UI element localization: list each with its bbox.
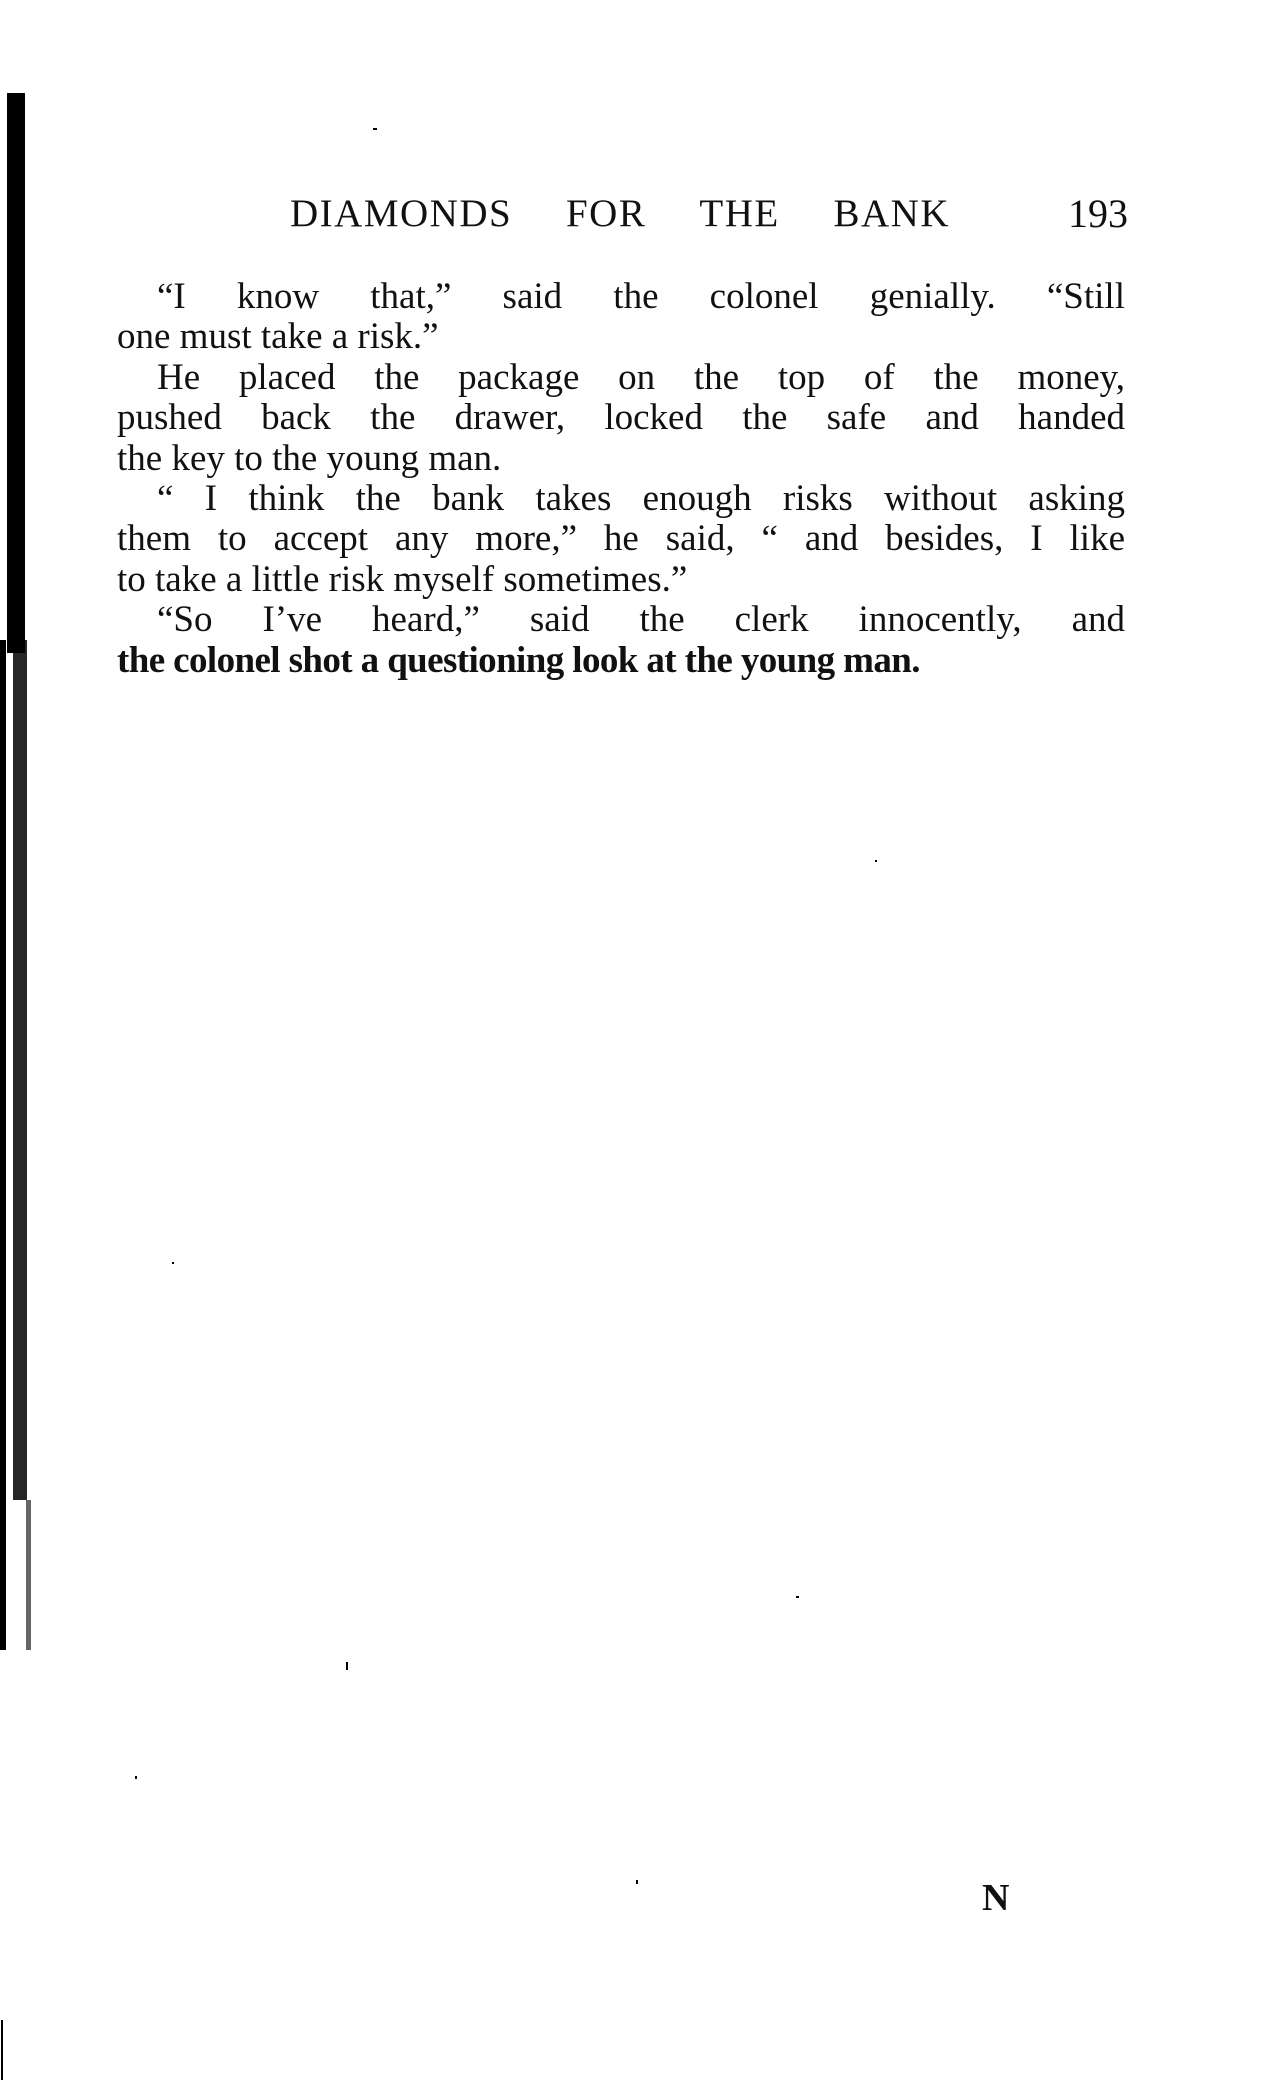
text-line: “ I think the bank takes enough risks wi… bbox=[117, 479, 1125, 519]
scan-edge-bar bbox=[26, 1500, 31, 1650]
scan-edge-bar bbox=[13, 640, 27, 1500]
text-line: to take a little risk myself sometimes.” bbox=[117, 560, 1125, 600]
page-number: 193 bbox=[1058, 190, 1128, 238]
scan-speck bbox=[135, 1776, 137, 1779]
text-line: the key to the young man. bbox=[117, 439, 1125, 479]
scan-edge-bar bbox=[0, 640, 6, 1650]
scan-speck bbox=[796, 1596, 799, 1598]
text-line: “I know that,” said the colonel genially… bbox=[117, 277, 1125, 317]
text-line: one must take a risk.” bbox=[117, 317, 1125, 357]
scan-speck bbox=[636, 1880, 638, 1884]
text-line: the colonel shot a questioning look at t… bbox=[117, 641, 1125, 681]
book-page: DIAMONDS FOR THE BANK 193 “I know that,”… bbox=[0, 0, 1285, 2080]
scan-speck bbox=[172, 1262, 174, 1264]
text-line: “So I’ve heard,” said the clerk innocent… bbox=[117, 600, 1125, 640]
text-line: pushed back the drawer, locked the safe … bbox=[117, 398, 1125, 438]
signature-mark: N bbox=[982, 1878, 1009, 1918]
scan-edge-line bbox=[1, 2020, 3, 2080]
scan-speck bbox=[346, 1662, 348, 1670]
running-head: DIAMONDS FOR THE BANK bbox=[290, 190, 950, 238]
scan-speck bbox=[373, 128, 377, 130]
body-text: “I know that,” said the colonel genially… bbox=[117, 277, 1125, 681]
text-line: them to accept any more,” he said, “ and… bbox=[117, 519, 1125, 559]
text-line: He placed the package on the top of the … bbox=[117, 358, 1125, 398]
scan-edge-bar bbox=[7, 93, 25, 653]
scan-speck bbox=[875, 860, 877, 862]
